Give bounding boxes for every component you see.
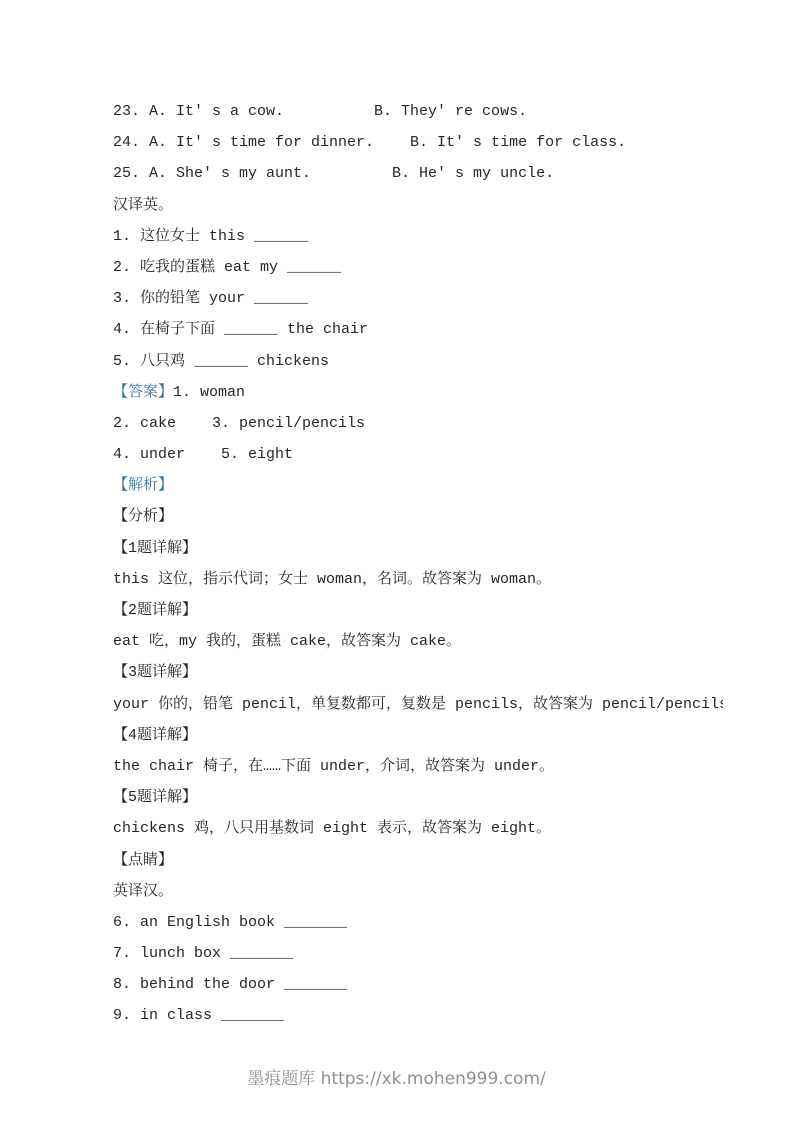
document-content: 23. A. It' s a cow. B. They' re cows. 24… <box>113 96 723 1032</box>
listening-option-24: 24. A. It' s time for dinner. B. It' s t… <box>113 127 723 158</box>
q4-explanation: the chair 椅子，在……下面 under，介词，故答案为 under。 <box>113 751 723 782</box>
answer-q4-q5: 4. under 5. eight <box>113 439 723 470</box>
answer-row: 【答案】1. woman <box>113 377 723 408</box>
fill-blank-q4: 4. 在椅子下面 ______ the chair <box>113 314 723 345</box>
section-title-cn-to-en: 汉译英。 <box>113 190 723 221</box>
q2-detail-heading: 【2题详解】 <box>113 595 723 626</box>
answer-label: 【答案】 <box>113 384 173 401</box>
q3-detail-heading: 【3题详解】 <box>113 657 723 688</box>
fill-blank-q3: 3. 你的铅笔 your ______ <box>113 283 723 314</box>
section-title-en-to-cn: 英译汉。 <box>113 876 723 907</box>
q2-explanation: eat 吃，my 我的，蛋糕 cake，故答案为 cake。 <box>113 626 723 657</box>
answer-q2-q3: 2. cake 3. pencil/pencils <box>113 408 723 439</box>
translation-q6: 6. an English book _______ <box>113 907 723 938</box>
translation-q9: 9. in class _______ <box>113 1000 723 1031</box>
overview-heading: 【分析】 <box>113 501 723 532</box>
fill-blank-q2: 2. 吃我的蛋糕 eat my ______ <box>113 252 723 283</box>
answer-q1: 1. woman <box>173 384 245 401</box>
fill-blank-q1: 1. 这位女士 this ______ <box>113 221 723 252</box>
fill-blank-q5: 5. 八只鸡 ______ chickens <box>113 346 723 377</box>
analysis-label: 【解析】 <box>113 477 173 494</box>
translation-q7: 7. lunch box _______ <box>113 938 723 969</box>
listening-option-23: 23. A. It' s a cow. B. They' re cows. <box>113 96 723 127</box>
tips-heading: 【点睛】 <box>113 845 723 876</box>
q4-detail-heading: 【4题详解】 <box>113 720 723 751</box>
q1-explanation: this 这位，指示代词；女士 woman，名词。故答案为 woman。 <box>113 564 723 595</box>
q5-explanation: chickens 鸡，八只用基数词 eight 表示，故答案为 eight。 <box>113 813 723 844</box>
listening-option-25: 25. A. She' s my aunt. B. He' s my uncle… <box>113 158 723 189</box>
q5-detail-heading: 【5题详解】 <box>113 782 723 813</box>
q1-detail-heading: 【1题详解】 <box>113 533 723 564</box>
translation-q8: 8. behind the door _______ <box>113 969 723 1000</box>
footer-watermark: 墨痕题库 https://xk.mohen999.com/ <box>0 1066 793 1092</box>
q3-explanation: your 你的，铅笔 pencil，单复数都可，复数是 pencils，故答案为… <box>113 689 723 720</box>
analysis-section-row: 【解析】 <box>113 470 723 501</box>
